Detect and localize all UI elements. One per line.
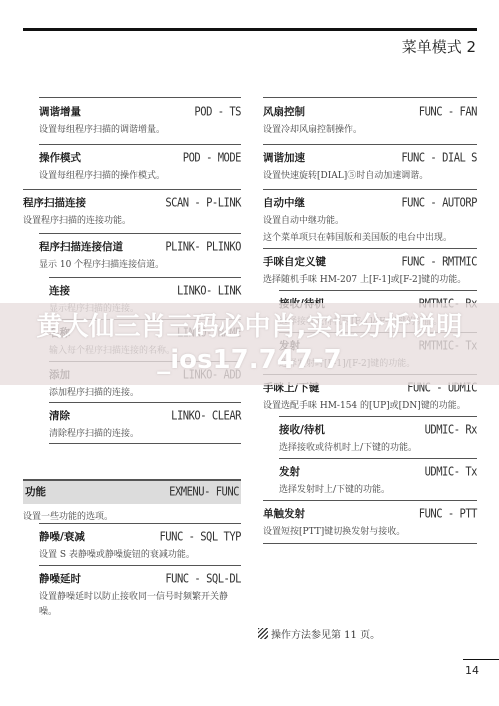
entry-code: FUNC - RMTMIC [401,255,477,269]
entry-desc: 设置冷却风扇控制操作。 [263,123,477,138]
entry-desc: 设置快速旋转[DIAL]⑤时自动加速调谐。 [263,169,477,184]
entry-name: 调谐加速 [263,150,305,165]
entry-desc-note: 这个菜单项只在韩国版和美国版的电台中出现。 [263,231,477,246]
menu-entry-updown-tx: 发射UDMIC- Tx 选择发射时上/下键的功能。 [279,458,477,500]
entry-desc: 添加程序扫描的连接。 [49,386,241,401]
entry-name: 程序扫描连接信道 [39,239,123,254]
entry-code: EXMENU- FUNC [169,485,239,499]
menu-entry-clear: 清除LINKO- CLEAR 清除程序扫描的连接。 [49,402,241,444]
entry-name: 静噪延时 [39,571,81,586]
reference-note: 操作方法参见第 11 页。 [258,626,380,641]
entry-desc: 设置每组程序扫描的操作模式。 [39,169,241,184]
entry-code: POD - MODE [183,151,241,165]
entry-desc: 选择发射时上/下键的功能。 [279,483,477,498]
note-text: 操作方法参见第 11 页。 [271,630,380,641]
entry-name: 调谐增量 [39,104,81,119]
entry-name: 接收/待机 [279,422,325,437]
entry-code: FUNC - SQL TYP [159,530,241,544]
overlay-banner-text: 黄大仙三肖三码必中肖,实证分析说明_ios17.747-7 [30,311,470,377]
menu-entry-squelch-attenuation: 静噪/衰减FUNC - SQL TYP 设置 S 表静噪或静噪旋钮的衰减功能。 [39,523,241,565]
entry-code: SCAN - P-LINK [165,196,241,210]
menu-entry-auto-repeater: 自动中继FUNC - AUTORP 设置自动中继功能。 这个菜单项只在韩国版和美… [263,189,477,248]
menu-entry-updown-rx: 接收/待机UDMIC- Rx 选择接收或待机时上/下键的功能。 [279,416,477,458]
entry-code: FUNC - SQL-DL [165,572,241,586]
entry-name: 操作模式 [39,150,81,165]
menu-entry-link-channel: 程序扫描连接信道PLINK- PLINKO 显示 10 个程序扫描连接信道。 [39,233,241,277]
entry-code: UDMIC- Tx [425,465,477,479]
left-column: 调谐增量POD - TS 设置每组程序扫描的调谐增量。 操作模式POD - MO… [23,97,241,444]
page-number: 14 [465,664,479,677]
entry-name: 风扇控制 [263,104,305,119]
menu-entry-tuning-step: 调谐增量POD - TS 设置每组程序扫描的调谐增量。 [39,97,241,144]
entry-desc: 设置自动中继功能。 [263,214,477,229]
page-title: 菜单模式 2 [402,36,476,57]
entry-code: FUNC - PTT [419,507,477,521]
menu-entry-operation-mode: 操作模式POD - MODE 设置每组程序扫描的操作模式。 [39,144,241,189]
entry-name: 程序扫描连接 [23,195,86,210]
entry-code: FUNC - FAN [419,105,477,119]
left-column-function: 功能EXMENU- FUNC 设置一些功能的选项。 静噪/衰减FUNC - SQ… [23,479,241,607]
entry-desc: 选择随机手咪 HM-207 上[F-1]或[F-2]键的功能。 [263,273,477,288]
entry-code: POD - TS [194,105,241,119]
entry-name: 发射 [279,464,300,479]
menu-entry-program-scan-link: 程序扫描连接SCAN - P-LINK 设置程序扫描的连接功能。 [23,189,241,233]
entry-desc: 显示 10 个程序扫描连接信道。 [39,258,241,273]
entry-code: LINKO- LINK [177,284,241,298]
entry-desc: 设置 S 表静噪或静噪旋钮的衰减功能。 [39,548,241,563]
top-rule [23,28,477,31]
entry-code: FUNC - DIAL S [401,151,477,165]
entry-name: 手咪自定义键 [263,254,326,269]
entry-desc: 设置选配手咪 HM-154 的[UP]或[DN]键的功能。 [263,399,477,414]
entry-name: 静噪/衰减 [39,529,85,544]
entry-code: FUNC - AUTORP [401,196,477,210]
entry-name: 功能 [25,484,46,499]
entry-desc: 设置程序扫描的连接功能。 [23,214,241,229]
menu-entry-squelch-delay: 静噪延时FUNC - SQL-DL 设置静噪延时以防止接收同一信号时频繁开关静噪… [39,565,241,607]
entry-name: 清除 [49,408,70,423]
entry-desc: 设置每组程序扫描的调谐增量。 [39,123,241,138]
menu-entry-fan-control: 风扇控制FUNC - FAN 设置冷却风扇控制操作。 [263,97,477,144]
menu-entry-one-touch-ptt: 单触发射FUNC - PTT 设置短按[PTT]键切换发射与接收。 [263,500,477,544]
entry-name: 单触发射 [263,506,305,521]
menu-entry-remote-mic-keys: 手咪自定义键FUNC - RMTMIC 选择随机手咪 HM-207 上[F-1]… [263,248,477,290]
entry-code: LINKO- CLEAR [171,409,241,423]
menu-entry-function: 功能EXMENU- FUNC 设置一些功能的选项。 [23,479,241,523]
note-hatch-icon [258,628,268,639]
menu-entry-dial-speed: 调谐加速FUNC - DIAL S 设置快速旋转[DIAL]⑤时自动加速调谐。 [263,144,477,189]
entry-desc: 清除程序扫描的连接。 [49,427,241,442]
entry-desc: 设置静噪延时以防止接收同一信号时频繁开关静噪。 [39,590,241,620]
page-number-rule [463,659,499,660]
entry-code: UDMIC- Rx [425,423,477,437]
entry-name: 自动中继 [263,195,305,210]
entry-code: PLINK- PLINKO [165,240,241,254]
entry-desc: 设置短按[PTT]键切换发射与接收。 [263,525,477,540]
overlay-banner: 黄大仙三肖三码必中肖,实证分析说明_ios17.747-7 [0,303,499,385]
entry-name: 连接 [49,283,70,298]
entry-desc: 选择接收或待机时上/下键的功能。 [279,441,477,456]
